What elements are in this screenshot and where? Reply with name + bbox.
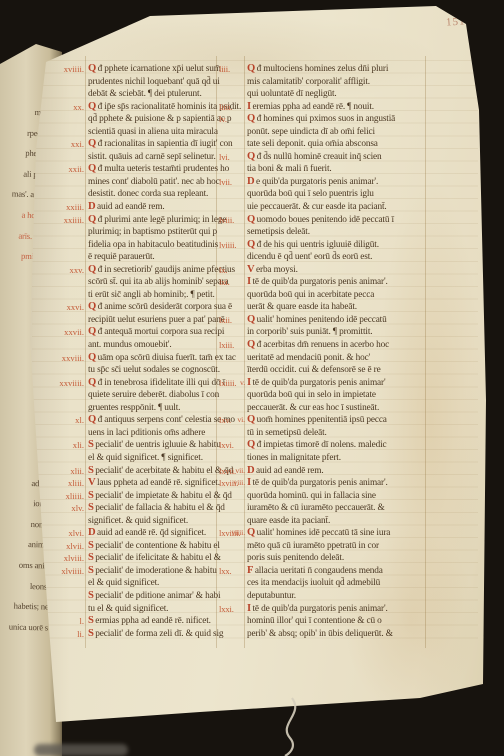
entry-text: iuramēto & cū iuramēto peccauerāt. & xyxy=(247,503,385,513)
rubric-initial: Q xyxy=(88,414,98,425)
margin-chapter-numeral: xxvi. xyxy=(36,301,84,313)
entry-text: uerāt & quare easde ita habeāt. xyxy=(247,302,357,312)
right-column-entry-line: mis calamitatib' corporalit' affligit. xyxy=(247,76,425,89)
left-column-entry-line: ti erūt sic̄ angli ab hominib;. ¶ petit. xyxy=(88,289,219,302)
entry-text: đ impietas timorē dī nolens. maledic xyxy=(257,440,387,450)
entry-text: quorūda hominū. qui in fallacia sine xyxy=(247,491,376,501)
left-column-entry-line: xlviii.Specialit' de ifelicitate & habit… xyxy=(88,552,219,565)
margin-chapter-numeral: xx. xyxy=(36,101,84,113)
left-column-entry-line: xxiii.Dauid ad eandē rem. xyxy=(88,201,219,214)
margin-chapter-numeral: xl. xyxy=(36,414,84,426)
left-column-entry-line: xlv.Specialit' de fallacia & habitu el &… xyxy=(88,502,219,515)
right-column-entry-line: quorūda hominū. qui in fallacia sine xyxy=(247,490,425,503)
right-column-entry-line: v.Itē de quib'da purgatoris penis animar… xyxy=(247,377,425,390)
entry-text: đ plurimi ante legē plurimiq; in lege xyxy=(98,215,227,225)
left-column-entry-line: xxviiii.Qđ in tenebrosa ifidelitate illi… xyxy=(88,377,219,390)
entry-text: tia boni & mali n̄ fuerit. xyxy=(247,164,332,174)
left-column-entry-line: xviiii.Qđ pphete icarnatione xp̄i uelut … xyxy=(88,63,219,76)
right-column-entry-line: peccauerāt. & cur eas hoc ī sustineāt. xyxy=(247,402,425,415)
column-guide-line xyxy=(85,56,86,648)
right-column-entry-line: Ieremias ppha ad eandē rē. ¶ nouit. xyxy=(247,101,425,114)
rubric-initial: Q xyxy=(247,63,257,74)
entry-text: gruentes resppōnit. ¶ uult. xyxy=(88,403,180,413)
chapter-reference-numeral: lxxi. xyxy=(219,603,234,615)
entry-text: tē de quib'da purgatoris penis animar' xyxy=(252,378,385,388)
entry-text: auid ad eandē rem. xyxy=(97,202,165,212)
rubric-initial: Q xyxy=(88,63,98,74)
entry-text: el & quid significet. xyxy=(88,578,159,588)
entry-text: ē requiē parauerūt. xyxy=(88,252,155,262)
entry-text: đ in secretiorib' gaudijs anime pfectius xyxy=(98,265,235,275)
chapter-reference-numeral: lx. xyxy=(219,264,227,276)
chapter-reference-numeral: lxvii. xyxy=(219,465,236,477)
entry-text: auid ad eandē rem. xyxy=(256,466,324,476)
entry-text: pecialit' de impietate & habitu el & q̄d xyxy=(95,491,232,501)
manuscript-page: 151 xviiii.Qđ pphete icarnatione xp̄i ue… xyxy=(0,0,504,756)
photo-background: more sorped qd mpheta b; mali pregedemas… xyxy=(0,0,504,756)
rubric-initial: V xyxy=(88,477,97,488)
entry-text: đ multociens homines zelus dn̄i pluri xyxy=(257,64,389,74)
rubric-initial: D xyxy=(247,176,256,187)
entry-text: qui uoluntatē dī negligūt. xyxy=(247,89,337,99)
right-column-entry-line: viiii.Qualit' homines idē peccatū tā sin… xyxy=(247,527,425,540)
rubric-initial: Q xyxy=(247,414,257,425)
entry-text: pecialit' de uentris igluuie & habitu xyxy=(95,440,220,450)
left-column-entry-line: sistit. quāuis ad carnē sepī selinetur.l… xyxy=(88,151,219,164)
left-column-entry-line: tu el & quid significet.lxxi. xyxy=(88,603,219,616)
gutter-chapter-numeral: viiii. xyxy=(231,527,245,539)
left-column-entry-line: mines cont' diabolū patit'. nec ab hoclv… xyxy=(88,176,219,189)
right-column-entry-line: uie peccauerāt. & cur easde ita paciant̄… xyxy=(247,201,425,214)
entry-text: ces ita mendacijs iuoluit qd̄ admebilū xyxy=(247,578,380,588)
left-column-entry-line: xxv.Qđ in secretiorib' gaudijs anime pfe… xyxy=(88,264,219,277)
rubric-initial: Q xyxy=(247,239,257,250)
right-column-entry-line: Qđ acerbitas dm̄ renuens in acerbo hoc xyxy=(247,339,425,352)
entry-text: tē de quib'da purgatoris penis animar'. xyxy=(252,277,387,287)
entry-text: perib' & absq; opib' in ūbis deliquerūt.… xyxy=(247,629,393,639)
chapter-reference-numeral: lxiii. xyxy=(219,339,234,351)
left-column-entry-line: desistit. donec corda sua repleant. xyxy=(88,188,219,201)
chapter-reference-numeral: lvi. xyxy=(219,151,230,163)
entry-text: quare easde ita paciant̄. xyxy=(247,516,330,526)
left-column-entry-line: scōrū st̄. qui ita ab alijs hominib' sep… xyxy=(88,276,219,289)
chapter-reference-numeral: lxv. xyxy=(219,414,231,426)
right-column-entry-line: tia boni & mali n̄ fuerit. xyxy=(247,163,425,176)
right-column-entry-line: semetipsis deleāt. xyxy=(247,226,425,239)
entry-text: erba moysi. xyxy=(256,265,298,275)
right-column-entry-line: quare easde ita paciant̄. xyxy=(247,515,425,528)
entry-text: quorūda boū qui in acerbitate pecca xyxy=(247,290,374,300)
right-column-entry-line: Qđ impietas timorē dī nolens. maledic xyxy=(247,439,425,452)
chapter-reference-numeral: lxiiii. xyxy=(219,377,236,389)
entry-text: semetipsis deleāt. xyxy=(247,227,310,237)
entry-text: ermias ppha ad eandē rē. nificet. xyxy=(95,616,211,626)
left-column-entry-line: ē requiē parauerūt. xyxy=(88,251,219,264)
right-column-entry-line: mēto quā cū iuramēto ppetratū in cor xyxy=(247,540,425,553)
left-column-entry-line: el & quid significet. ¶ significet. xyxy=(88,452,219,465)
gutter-chapter-numeral: vi. xyxy=(237,414,245,426)
right-column-entry-line: dicendu ē qd̄ uent' eorū d̄s eorū est. xyxy=(247,251,425,264)
left-column-entry-line: xxi.Qđ racionalitas in sapientia dī iugi… xyxy=(88,138,219,151)
margin-chapter-numeral: xliiii. xyxy=(36,490,84,502)
rubric-initial: Q xyxy=(247,151,257,162)
entry-text: pecialit' de pditione animar' & habi xyxy=(95,591,220,601)
chapter-reference-numeral: liiii. xyxy=(219,101,232,113)
margin-chapter-numeral: xlii. xyxy=(36,465,84,477)
entry-text: đ acerbitas dm̄ renuens in acerbo hoc xyxy=(257,340,389,350)
left-column-entry-line: scientiā quasi in aliena uita miracula xyxy=(88,126,219,139)
chapter-reference-numeral: lviiii. xyxy=(219,239,236,251)
entry-text: ualit' homines idē peccatū tā sine iura xyxy=(257,528,391,538)
margin-chapter-numeral: xxviiii. xyxy=(36,377,84,389)
right-column-entry-line: Qualit' homines penitendo idē peccatū xyxy=(247,314,425,327)
left-column-entry-line: xxviii.Quām opa scōrū diuisa fuerīt. tam… xyxy=(88,352,219,365)
entry-text: sistit. quāuis ad carnē sepī selinetur. xyxy=(88,152,216,162)
entry-text: mēto quā cū iuramēto ppetratū in cor xyxy=(247,541,379,551)
right-column-entry-line: Qđ multociens homines zelus dn̄i pluri xyxy=(247,63,425,76)
entry-text: significet. & quid significet. xyxy=(88,516,188,526)
rubric-initial: Q xyxy=(247,113,257,124)
chapter-reference-numeral: liii. xyxy=(219,63,230,75)
entry-text: deputabuntur. xyxy=(247,591,296,601)
bookmark-thread xyxy=(268,694,320,756)
margin-chapter-numeral: xliii. xyxy=(36,477,84,489)
entry-text: đ homines qui pximos suos in angustiā xyxy=(257,114,396,124)
right-column-entry-line: vii.Dauid ad eandē rem. xyxy=(247,465,425,478)
entry-text: pecialit' de contentione & habitu el xyxy=(95,541,220,551)
left-column-entry-line: significet. & quid significet. xyxy=(88,515,219,528)
right-column-entry-line: quorūda boū qui ī selo puentris iglu xyxy=(247,188,425,201)
left-column-entry-line: xlviiii.Specialit' de imoderatione & hab… xyxy=(88,565,219,578)
entry-text: uens in laci pditionis om̄s adhere xyxy=(88,428,205,438)
left-column-entry-line: xl.Qđ antiquus serpens cont' celestia se… xyxy=(88,414,219,427)
entry-text: quiete seruire deberēt. diabolus ī con xyxy=(88,390,219,400)
entry-text: fidelia opa in habitaculo beatitudinis xyxy=(88,240,218,250)
right-column-entry-line: Qđ d̄s nullū hominē creauit inq̄ scien xyxy=(247,151,425,164)
gutter-chapter-numeral: viii. xyxy=(233,477,245,489)
entry-text: uomodo boues penitendo idē peccatū ī xyxy=(257,215,394,225)
entry-text: el & quid significet. ¶ significet. xyxy=(88,453,203,463)
entry-text: đ multa ueteris testam̄ti prudentes ho xyxy=(98,164,230,174)
entry-text: īterdū occidit. cui & defensorē se ē re xyxy=(247,365,381,375)
entry-text: ueritatē ad mendaciū ponit. & hoc' xyxy=(247,353,370,363)
entry-text: tu sp̄c sc̄i uelut sodales se cognoscūt. xyxy=(88,365,220,375)
right-column-entry-line: ces ita mendacijs iuoluit qd̄ admebilū xyxy=(247,577,425,590)
entry-text: ualit' homines penitendo idē peccatū xyxy=(257,315,387,325)
entry-text: debāt & sciebāt. ¶ dei ptulerunt. xyxy=(88,89,202,99)
entry-text: đ d̄s nullū hominē creauit inq̄ scien xyxy=(257,152,382,162)
entry-text: prudentes nichil loquebant' quā qd̄ ui xyxy=(88,77,220,87)
gutter-chapter-numeral: v. xyxy=(240,377,245,389)
entry-text: tate seli deponit. quia om̄ia absconsa xyxy=(247,139,378,149)
text-column-left: xviiii.Qđ pphete icarnatione xp̄i uelut … xyxy=(88,63,219,640)
left-column-entry-line: uens in laci pditionis om̄s adhere xyxy=(88,427,219,440)
left-column-entry-line: xli.Specialit' de uentris igluuie & habi… xyxy=(88,439,219,452)
rubric-initial: D xyxy=(88,527,97,538)
entry-text: uie peccauerāt. & cur easde ita paciant̄… xyxy=(247,202,387,212)
right-column-entry-line: Verba moysi. xyxy=(247,264,425,277)
left-column-entry-line: quiete seruire deberēt. diabolus ī con xyxy=(88,389,219,402)
column-guide-line xyxy=(425,56,426,648)
margin-chapter-numeral: xxiiii. xyxy=(36,214,84,226)
rubric-initial: F xyxy=(247,565,255,576)
entry-text: plurimiq; in baptismo pstiterūt qui p xyxy=(88,227,217,237)
right-column-entry-line: De quib'da purgatoris penis animar'. xyxy=(247,176,425,189)
entry-text: hominū illor' qui ī contentione & cū o xyxy=(247,616,382,626)
entry-text: quorūda boū qui in selo in impietate xyxy=(247,390,376,400)
entry-text: mines cont' diabolū patit'. nec ab hoc xyxy=(88,177,220,187)
left-column-entry-line: xxii.Qđ multa ueteris testam̄ti prudente… xyxy=(88,163,219,176)
margin-chapter-numeral: xlvi. xyxy=(36,527,84,539)
rubric-initial: Q xyxy=(247,314,257,325)
left-column-entry-line: Specialit' de pditione animar' & habi xyxy=(88,590,219,603)
right-column-entry-line: hominū illor' qui ī contentione & cū o xyxy=(247,615,425,628)
right-column-entry-line: iuramēto & cū iuramēto peccauerāt. & xyxy=(247,502,425,515)
entry-text: recipiūt uelut esuriens puer a pat' panē xyxy=(88,315,225,325)
right-column-entry-line: in corporib' suis puniāt. ¶ promittit. xyxy=(247,326,425,339)
right-column-entry-line: ponūt. sepe uindicta dī ab om̄i felici xyxy=(247,126,425,139)
chapter-reference-numeral: lv. xyxy=(219,113,227,125)
entry-text: đ pphete icarnatione xp̄i uelut sum̄ xyxy=(98,64,221,74)
rubric-initial: Q xyxy=(88,101,98,112)
rubric-initial: D xyxy=(88,201,97,212)
entry-text: tē de quib'da purgatoris penis animar'. xyxy=(252,604,387,614)
entry-text: eremias ppha ad eandē rē. ¶ nouit. xyxy=(252,102,373,112)
left-column-entry-line: l.Sermias ppha ad eandē rē. nificet. xyxy=(88,615,219,628)
entry-text: pecialit' de imoderatione & habitu xyxy=(95,566,217,576)
right-column-entry-line: quorūda boū qui in acerbitate pecca xyxy=(247,289,425,302)
right-column-entry-line: quorūda boū qui in selo in impietate xyxy=(247,389,425,402)
entry-text: in corporib' suis puniāt. ¶ promittit. xyxy=(247,327,372,337)
chapter-reference-numeral: lxii. xyxy=(219,314,232,326)
rubric-initial: Q xyxy=(247,339,257,350)
margin-chapter-numeral: xxiii. xyxy=(36,201,84,213)
left-column-entry-line: el & quid significet. xyxy=(88,577,219,590)
entry-text: tu el & quid significet. xyxy=(88,604,168,614)
rubric-initial: V xyxy=(247,264,256,275)
right-column-entry-line: ueritatē ad mendaciū ponit. & hoc' xyxy=(247,352,425,365)
entry-text: qd̄ pphete & puisione & p sapientiā ac p xyxy=(88,114,231,124)
chapter-reference-numeral: lxx. xyxy=(219,565,232,577)
rubric-initial: D xyxy=(247,465,256,476)
chapter-reference-numeral: lvii. xyxy=(219,176,232,188)
entry-text: e quib'da purgatoris penis animar'. xyxy=(256,177,378,187)
entry-text: auid ad eandē rē. q̄d significet. xyxy=(97,528,206,538)
entry-text: ti erūt sic̄ angli ab hominib;. ¶ petit. xyxy=(88,290,215,300)
margin-chapter-numeral: xxi. xyxy=(36,138,84,150)
left-column-entry-line: fidelia opa in habitaculo beatitudinislv… xyxy=(88,239,219,252)
entry-text: quorūda boū qui ī selo puentris iglu xyxy=(247,189,374,199)
rubric-initial: Q xyxy=(88,326,98,337)
entry-text: tiones in malignitate pfert. xyxy=(247,453,341,463)
right-column-entry-line: deputabuntur. xyxy=(247,590,425,603)
right-column-entry-line: tate seli deponit. quia om̄ia absconsa xyxy=(247,138,425,151)
rubric-initial: Q xyxy=(88,214,98,225)
entry-text: peccauerāt. & cur eas hoc ī sustineāt. xyxy=(247,403,379,413)
right-column-entry-line: Qđ homines qui pximos suos in angustiā xyxy=(247,113,425,126)
right-column-entry-line: viii.Itē de quib'da purgatoris penis ani… xyxy=(247,477,425,490)
text-column-right: Qđ multociens homines zelus dn̄i plurimi… xyxy=(247,63,425,640)
entry-text: ant. mundus omouebit'. xyxy=(88,340,172,350)
rubric-initial: Q xyxy=(247,439,257,450)
column-guide-line xyxy=(244,56,245,648)
entry-text: pecialit' de ifelicitate & habitu el & xyxy=(95,553,221,563)
entry-text: tē de quib'da purgatoris penis animar'. xyxy=(252,478,387,488)
left-column-entry-line: qd̄ pphete & puisione & p sapientiā ac p… xyxy=(88,113,219,126)
right-column-entry-line: perib' & absq; opib' in ūbis deliquerūt.… xyxy=(247,628,425,641)
right-column-entry-line: Itē de quib'da purgatoris penis animar'. xyxy=(247,276,425,289)
entry-text: đ antiquus serpens cont' celestia se mo xyxy=(98,415,235,425)
margin-chapter-numeral: xxviii. xyxy=(36,352,84,364)
facing-page-fragment: unica uorē s xyxy=(0,616,55,638)
entry-text: pecialit' de forma zeli dī. & quid sig xyxy=(95,629,223,639)
right-column-entry-line: qui uoluntatē dī negligūt. xyxy=(247,88,425,101)
left-column-entry-line: plurimiq; in baptismo pstiterūt qui p xyxy=(88,226,219,239)
left-column-entry-line: gruentes resppōnit. ¶ uult. xyxy=(88,402,219,415)
entry-text: mis calamitatib' corporalit' affligit. xyxy=(247,77,370,87)
entry-text: ponūt. sepe uindicta dī ab om̄i felici xyxy=(247,127,375,137)
right-column-entry-line: Itē de quib'da purgatoris penis animar'. xyxy=(247,603,425,616)
entry-text: poris suis penitendo deleāt. xyxy=(247,553,344,563)
left-column-entry-line: debāt & sciebāt. ¶ dei ptulerunt. xyxy=(88,88,219,101)
left-column-entry-line: xlii.Specialit' de acerbitate & habitu e… xyxy=(88,465,219,478)
gutter-chapter-numeral: vii. xyxy=(235,465,245,477)
right-column-entry-line: tū in semetipsū deleāt. xyxy=(247,427,425,440)
entry-text: đ anime scōrū desiderāt corpora sua ē xyxy=(98,302,232,312)
right-column-entry-line: tiones in malignitate pfert. xyxy=(247,452,425,465)
rubric-initial: Q xyxy=(247,527,257,538)
entry-text: tū in semetipsū deleāt. xyxy=(247,428,327,438)
margin-chapter-numeral: xlv. xyxy=(36,502,84,514)
entry-text: uām opa scōrū diuisa fuerīt. tam̄ ex tac xyxy=(98,353,236,363)
entry-text: đ racionalitas in sapientia dī iugit' co… xyxy=(98,139,233,149)
left-column-entry-line: xx.Qđ ip̄e sp̄s racionalitatē hominis it… xyxy=(88,101,219,114)
right-column-entry-line: uerāt & quare easde ita habeāt. xyxy=(247,301,425,314)
left-column-entry-line: li.Specialit' de forma zeli dī. & quid s… xyxy=(88,628,219,641)
left-column-entry-line: tu sp̄c sc̄i uelut sodales se cognoscūt. xyxy=(88,364,219,377)
rubric-initial: Q xyxy=(88,264,98,275)
entry-text: pecialit' de acerbitate & habitu el & q̄… xyxy=(95,466,233,476)
margin-chapter-numeral: xxvii. xyxy=(36,326,84,338)
chapter-reference-numeral: lviii. xyxy=(219,214,234,226)
right-column-entry-line: īterdū occidit. cui & defensorē se ē re xyxy=(247,364,425,377)
left-column-entry-line: xliiii.Specialit' de impietate & habitu … xyxy=(88,490,219,503)
chapter-reference-numeral: lxi. xyxy=(219,276,230,288)
margin-chapter-numeral: xxii. xyxy=(36,163,84,175)
left-column-entry-line: xliii.Vlaus ppheta ad eandē rē. signific… xyxy=(88,477,219,490)
entry-text: đ antequā mortui corpora sua recipi xyxy=(98,327,225,337)
right-column-entry-line: Fallacia ueritati n̄ congaudens menda xyxy=(247,565,425,578)
left-column-entry-line: xlvi.Dauid ad eandē rē. q̄d significet.l… xyxy=(88,527,219,540)
rubric-initial: Q xyxy=(247,214,257,225)
entry-text: allacia ueritati n̄ congaudens menda xyxy=(255,566,383,576)
right-column-entry-line: Qđ de his qui uentris igluuiē diligūt. xyxy=(247,239,425,252)
rubric-initial: Q xyxy=(88,163,98,174)
rubric-initial: Q xyxy=(88,138,98,149)
left-column-entry-line: recipiūt uelut esuriens puer a pat' panē… xyxy=(88,314,219,327)
right-column-entry-line: poris suis penitendo deleāt. xyxy=(247,552,425,565)
left-column-entry-line: ant. mundus omouebit'.lxiii. xyxy=(88,339,219,352)
entry-text: đ in tenebrosa ifidelitate illi qui dō ī xyxy=(98,378,225,388)
entry-text: đ de his qui uentris igluuiē diligūt. xyxy=(257,240,379,250)
right-column-entry-line: vi.Quom̄ homines ppenitentiā ipsū pecca xyxy=(247,414,425,427)
entry-text: uom̄ homines ppenitentiā ipsū pecca xyxy=(257,415,387,425)
entry-text: scōrū st̄. qui ita ab alijs hominib' sep… xyxy=(88,277,228,287)
rubric-initial: Q xyxy=(88,377,98,388)
entry-text: laus ppheta ad eandē rē. significet. xyxy=(97,478,220,488)
right-column-entry-line: Quomodo boues penitendo idē peccatū ī xyxy=(247,214,425,227)
left-column-entry-line: prudentes nichil loquebant' quā qd̄ ui xyxy=(88,76,219,89)
left-column-entry-line: xxvii.Qđ antequā mortui corpora sua reci… xyxy=(88,326,219,339)
margin-chapter-numeral: xli. xyxy=(36,439,84,451)
entry-text: scientiā quasi in aliena uita miracula xyxy=(88,127,218,137)
chapter-reference-numeral: lxvi. xyxy=(219,439,234,451)
left-column-entry-line: xxiiii.Qđ plurimi ante legē plurimiq; in… xyxy=(88,214,219,227)
entry-text: dicendu ē qd̄ uent' eorū d̄s eorū est. xyxy=(247,252,372,262)
entry-text: pecialit' de fallacia & habitu el & q̄d xyxy=(95,503,224,513)
folio-number: 151 xyxy=(446,15,466,28)
margin-chapter-numeral: xxv. xyxy=(36,264,84,276)
left-column-entry-line: xxvi.Qđ anime scōrū desiderāt corpora su… xyxy=(88,301,219,314)
rubric-initial: Q xyxy=(88,352,98,363)
rubric-initial: Q xyxy=(88,301,98,312)
entry-text: desistit. donec corda sua repleant. xyxy=(88,189,208,199)
left-column-entry-line: xlvii.Specialit' de contentione & habitu… xyxy=(88,540,219,553)
book-cover-edge xyxy=(34,744,128,756)
